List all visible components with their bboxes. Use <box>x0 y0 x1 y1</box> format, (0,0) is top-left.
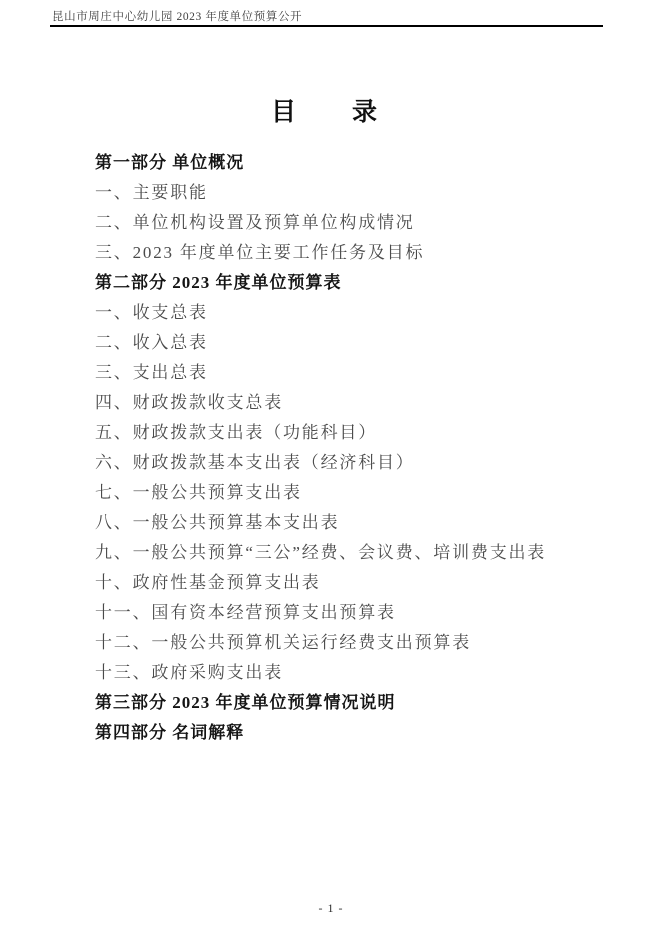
toc-section-heading: 第四部分 名词解释 <box>95 718 642 748</box>
page-footer: - 1 - <box>0 901 662 916</box>
toc-entry: 十一、国有资本经营预算支出预算表 <box>95 598 642 628</box>
toc-section-heading: 第二部分 2023 年度单位预算表 <box>95 268 642 298</box>
document-page: 昆山市周庄中心幼儿园 2023 年度单位预算公开 目 录 第一部分 单位概况一、… <box>0 0 662 936</box>
toc-entry: 八、一般公共预算基本支出表 <box>95 508 642 538</box>
running-header: 昆山市周庄中心幼儿园 2023 年度单位预算公开 <box>52 8 302 24</box>
table-of-contents: 第一部分 单位概况一、主要职能二、单位机构设置及预算单位构成情况三、2023 年… <box>95 148 642 748</box>
header-rule <box>50 25 603 27</box>
toc-entry: 七、一般公共预算支出表 <box>95 478 642 508</box>
toc-entry: 十二、一般公共预算机关运行经费支出预算表 <box>95 628 642 658</box>
toc-entry: 四、财政拨款收支总表 <box>95 388 642 418</box>
toc-entry: 十、政府性基金预算支出表 <box>95 568 642 598</box>
toc-entry: 一、主要职能 <box>95 178 642 208</box>
toc-entry: 三、支出总表 <box>95 358 642 388</box>
toc-entry: 九、一般公共预算“三公”经费、会议费、培训费支出表 <box>95 538 642 568</box>
toc-entry: 五、财政拨款支出表（功能科目） <box>95 418 642 448</box>
toc-entry: 二、收入总表 <box>95 328 642 358</box>
toc-entry: 一、收支总表 <box>95 298 642 328</box>
toc-entry: 六、财政拨款基本支出表（经济科目） <box>95 448 642 478</box>
page-title: 目 录 <box>0 92 650 128</box>
toc-entry: 二、单位机构设置及预算单位构成情况 <box>95 208 642 238</box>
toc-section-heading: 第三部分 2023 年度单位预算情况说明 <box>95 688 642 718</box>
toc-entry: 十三、政府采购支出表 <box>95 658 642 688</box>
page-number: - 1 - <box>319 901 344 915</box>
toc-section-heading: 第一部分 单位概况 <box>95 148 642 178</box>
toc-entry: 三、2023 年度单位主要工作任务及目标 <box>95 238 642 268</box>
